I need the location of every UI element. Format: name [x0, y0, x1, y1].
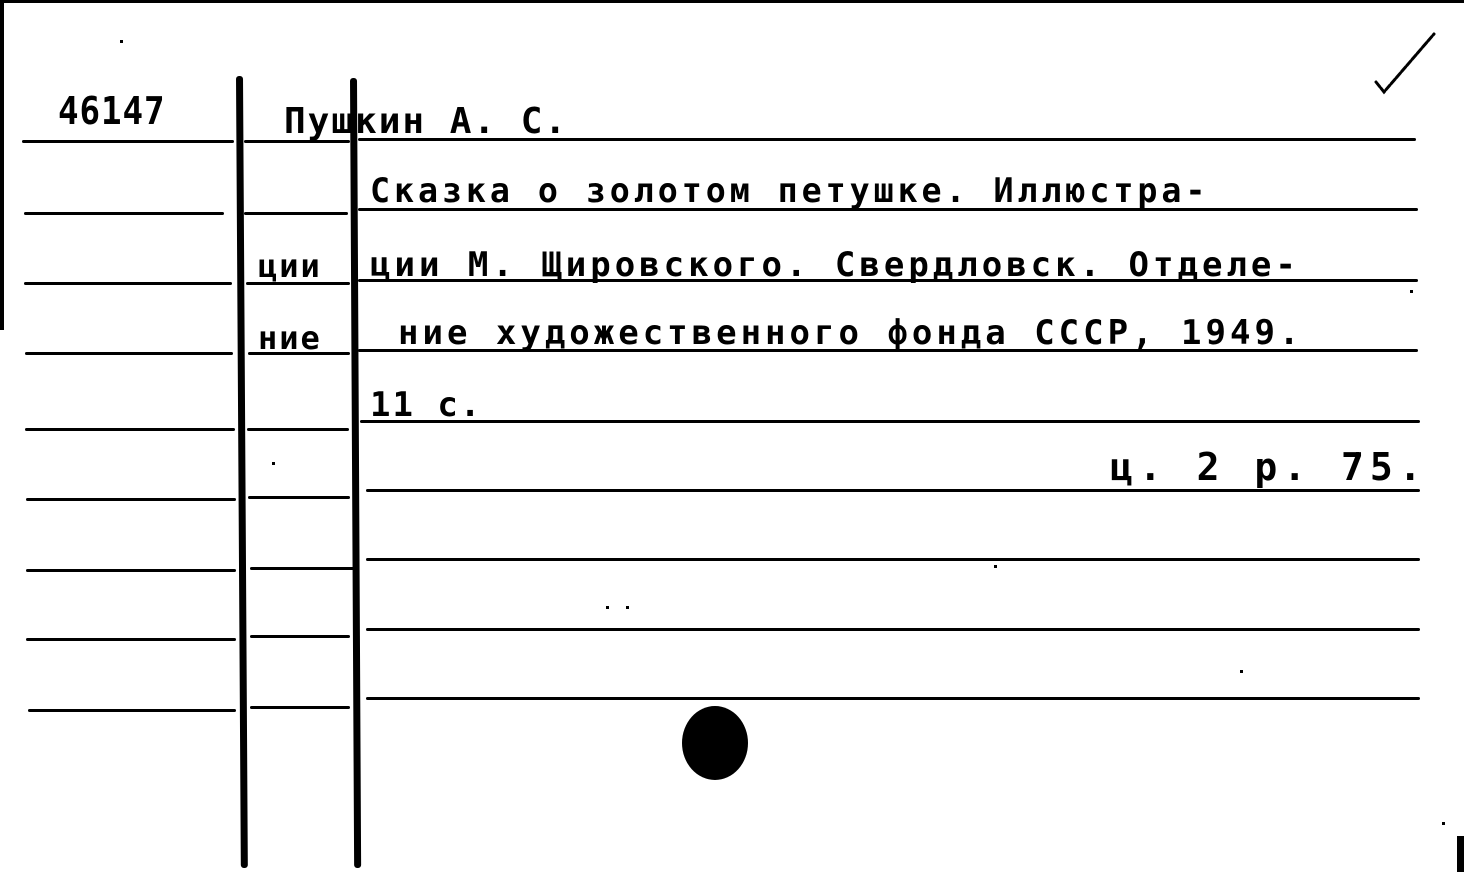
ruled-line [360, 420, 1420, 423]
column-rule-right [350, 78, 361, 868]
hyphen-continuation-2: ние [258, 322, 322, 354]
inventory-number: 46147 [58, 92, 165, 130]
scan-speck [1240, 670, 1243, 673]
column-rule-left [236, 76, 248, 868]
card-edge-left [0, 0, 4, 330]
ruled-line [26, 638, 236, 641]
author-heading: Пушкин А. С. [284, 104, 568, 140]
scan-speck [1356, 452, 1359, 455]
ruled-line [250, 567, 354, 570]
ruled-line [28, 709, 236, 712]
scan-speck [1410, 290, 1413, 293]
description-line-2: ции М. Щировского. Свердловск. Отделе- [370, 248, 1300, 282]
scan-speck [120, 40, 123, 43]
ruled-line [22, 140, 234, 143]
card-edge-corner [1457, 836, 1464, 872]
ruled-line [26, 569, 236, 572]
scan-speck [626, 606, 629, 609]
ruled-line [25, 428, 235, 431]
ruled-line [24, 282, 232, 285]
description-line-1: Сказка о золотом петушке. Иллюстра- [370, 174, 1209, 208]
ruled-line [25, 352, 233, 355]
scan-speck [272, 462, 275, 465]
hyphen-continuation-1: ции [258, 250, 322, 282]
ruled-line [248, 496, 350, 499]
check-mark-icon [1372, 30, 1442, 100]
description-line-4: 11 с. [370, 388, 482, 422]
ruled-line [247, 428, 349, 431]
ruled-line [244, 212, 348, 215]
scan-speck [606, 606, 609, 609]
scan-speck [1442, 822, 1445, 825]
ruled-line [366, 697, 1420, 700]
card-edge-top [0, 0, 1464, 3]
catalog-card: 46147 Пушкин А. С. Сказка о золотом пету… [0, 0, 1464, 872]
ruled-line [250, 706, 350, 709]
price-note: ц. 2 р. 75. [1110, 448, 1428, 486]
description-line-3: ние художественного фонда СССР, 1949. [398, 316, 1303, 350]
ruled-line [24, 212, 224, 215]
ruled-line [366, 489, 1420, 492]
ruled-line [366, 628, 1420, 631]
ruled-line [250, 635, 350, 638]
punch-hole [682, 706, 748, 780]
ruled-line [366, 558, 1420, 561]
scan-speck [994, 565, 997, 568]
ruled-line [26, 498, 236, 501]
